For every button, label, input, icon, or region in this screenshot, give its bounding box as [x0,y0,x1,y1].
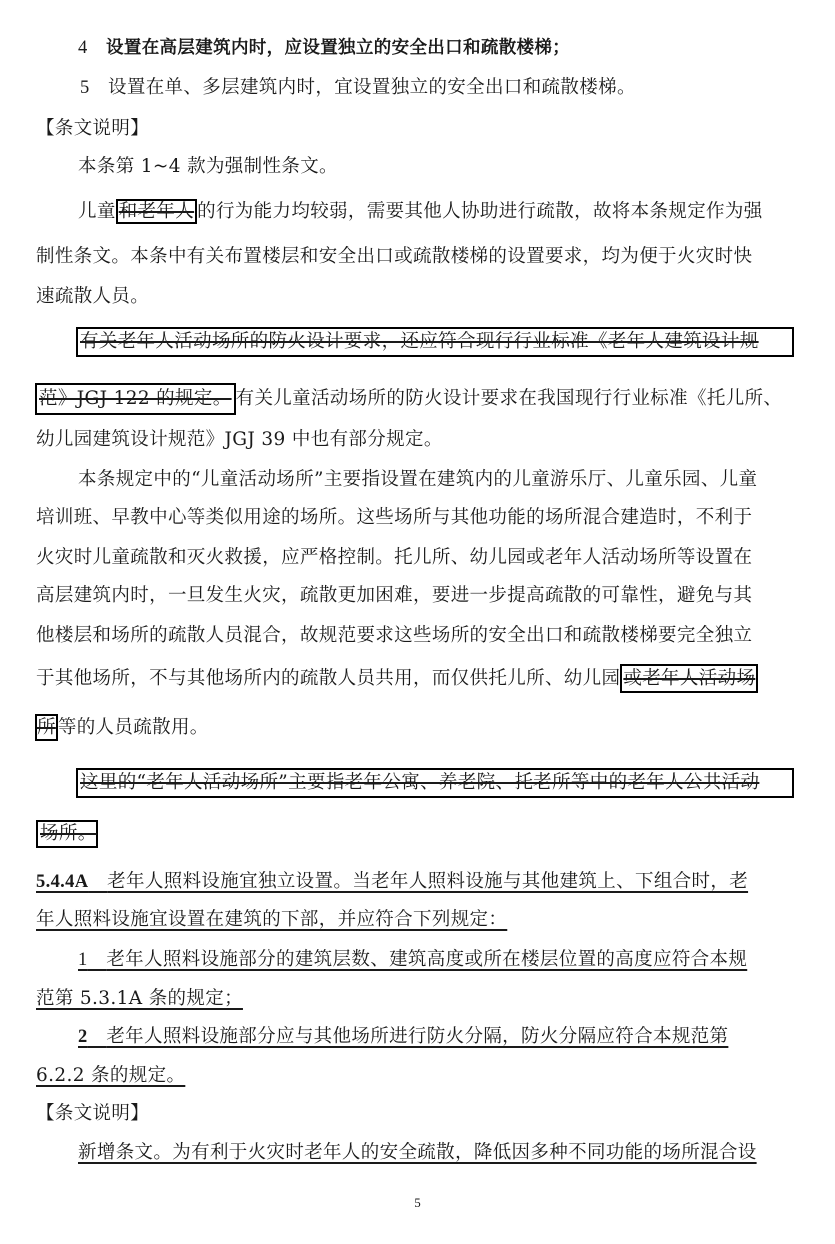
para3-line7-rest: 等的人员疏散用。 [58,717,209,738]
para3-line3: 火灾时儿童疏散和灭火救援，应严格控制。托儿所、幼儿园或老年人活动场所等设置在 [36,546,796,570]
para1-prefix: 儿童 [78,201,116,222]
para3-line2: 培训班、早教中心等类似用途的场所。这些场所与其他功能的场所混合建造时，不利于 [36,506,796,530]
deleted-text: 或老年人活动场 [620,664,758,693]
para3-line5: 他楼层和场所的疏散人员混合，故规范要求这些场所的安全出口和疏散楼梯要完全独立 [36,624,796,648]
para3-line1: 本条规定中的“儿童活动场所”主要指设置在建筑内的儿童游乐厅、儿童乐园、儿童 [78,468,794,492]
para3-line7: 所等的人员疏散用。 [35,716,795,740]
item-number: 1 [78,950,88,970]
list-item-4: 4设置在高层建筑内时，应设置独立的安全出口和疏散楼梯； [78,36,835,60]
deleted-text: 所 [35,714,58,741]
clause-text: 老年人照料设施宜独立设置。当老年人照料设施与其他建筑上、下组合时，老 [107,871,748,892]
explanation-heading: 【条文说明】 [36,117,796,141]
para2-rest: 有关儿童活动场所的防火设计要求在我国现行行业标准《托儿所、 [236,388,783,409]
para1-line2: 制性条文。本条中有关布置楼层和安全出口或疏散楼梯的设置要求，均为便于火灾时快 [36,245,796,269]
para1-line3: 速疏散人员。 [36,285,796,309]
para3-line6-prefix: 于其他场所，不与其他场所内的疏散人员共用，而仅供托儿所、幼儿园 [36,668,620,689]
item-text: 设置在高层建筑内时，应设置独立的安全出口和疏散楼梯； [106,38,570,58]
deleted-text: 和老年人 [116,199,197,224]
para2-line2: 范》JGJ 122 的规定。有关儿童活动场所的防火设计要求在我国现行行业标准《托… [35,383,795,415]
para3-line4: 高层建筑内时，一旦发生火灾，疏散更加困难，要进一步提高疏散的可靠性，避免与其 [36,584,796,608]
para1-rest: 的行为能力均较弱，需要其他人协助进行疏散，故将本条规定作为强 [197,201,763,222]
item-number: 2 [78,1027,88,1047]
deleted-text-block: 有关老年人活动场所的防火设计要求，还应符合现行行业标准《老年人建筑设计规 [76,327,794,357]
new-clause-note: 新增条文。为有利于火灾时老年人的安全疏散，降低因多种不同功能的场所混合设 [78,1141,794,1165]
item-text: 老年人照料设施部分应与其他场所进行防火分隔，防火分隔应符合本规范第 [106,1026,728,1047]
clause-text: 年人照料设施宜设置在建筑的下部，并应符合下列规定： [36,909,507,930]
item-text: 6.2.2 条的规定。 [36,1065,185,1086]
deleted-text: 范》JGJ 122 的规定。 [35,383,236,415]
item-text: 范第 5.3.1A 条的规定； [36,988,243,1009]
para1-line1: 儿童和老年人的行为能力均较弱，需要其他人协助进行疏散，故将本条规定作为强 [78,200,794,224]
item-text: 老年人照料设施部分的建筑层数、建筑高度或所在楼层位置的高度应符合本规 [106,949,747,970]
deleted-text-block: 这里的“老年人活动场所”主要指老年公寓、养老院、托老所等中的老年人公共活动 [76,768,794,798]
clause-number: 5.4.4A [36,872,88,892]
item-text: 设置在单、多层建筑内时，宜设置独立的安全出口和疏散楼梯。 [108,77,636,98]
clause-544a-item1-line1: 1 老年人照料设施部分的建筑层数、建筑高度或所在楼层位置的高度应符合本规 [78,948,794,972]
clause-544a-line2: 年人照料设施宜设置在建筑的下部，并应符合下列规定： [36,908,796,932]
page-number: 5 [0,1195,835,1211]
clause-item-text: 1 老年人照料设施部分的建筑层数、建筑高度或所在楼层位置的高度应符合本规 [78,949,747,970]
note-text: 新增条文。为有利于火灾时老年人的安全疏散，降低因多种不同功能的场所混合设 [78,1142,757,1163]
clause-item-text: 2 老年人照料设施部分应与其他场所进行防火分隔，防火分隔应符合本规范第 [78,1026,728,1047]
para2-line3: 幼儿园建筑设计规范》JGJ 39 中也有部分规定。 [36,428,796,452]
mandatory-note: 本条第 1~4 款为强制性条文。 [78,155,794,179]
para3-line6: 于其他场所，不与其他场所内的疏散人员共用，而仅供托儿所、幼儿园或老年人活动场 [36,667,796,691]
item-number: 4 [78,36,106,60]
item-number: 5 [80,76,108,100]
deleted-text-block: 场所。 [36,820,98,848]
explanation-heading: 【条文说明】 [36,1102,796,1126]
clause-544a-line1: 5.4.4A 老年人照料设施宜独立设置。当老年人照料设施与其他建筑上、下组合时，… [36,870,796,894]
clause-544a-item1-line2: 范第 5.3.1A 条的规定； [36,987,796,1011]
list-item-5: 5设置在单、多层建筑内时，宜设置独立的安全出口和疏散楼梯。 [80,76,835,100]
clause-544a-item2-line2: 6.2.2 条的规定。 [36,1064,796,1088]
clause-544a-item2-line1: 2 老年人照料设施部分应与其他场所进行防火分隔，防火分隔应符合本规范第 [78,1025,794,1049]
